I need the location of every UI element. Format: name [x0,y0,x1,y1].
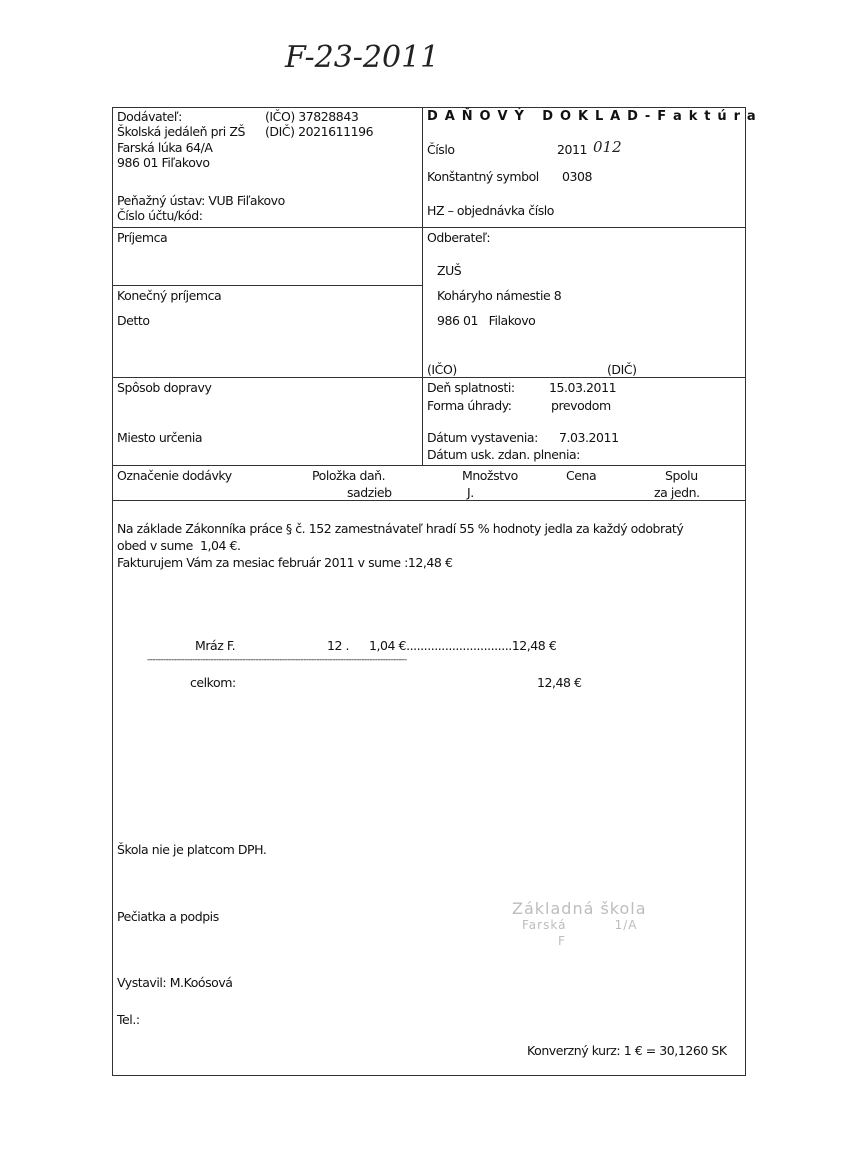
supplier-label: Dodávateľ: [117,109,182,124]
stamp-line2: Farská 1/A [522,918,637,932]
col-total-header-line1: Spolu [665,468,698,483]
customer-label: Odberateľ: [427,230,490,245]
item-name: Mráz F. [195,638,235,653]
col-price-header: Cena [566,468,596,483]
col-quantity-header-line2: J. [467,485,474,500]
total-label: celkom: [190,675,236,690]
order-label: HZ – objednávka číslo [427,203,554,218]
divider-final-recipient [112,285,422,286]
supplier-street: Farská lúka 64/A [117,140,213,155]
customer-dic-label: (DIČ) [607,362,637,377]
supplier-dic-label: (DIČ) [265,124,295,139]
supplier-dic: (DIČ) 2021611196 [265,124,373,139]
total-value: 12,48 € [537,675,582,690]
customer-ico-label: (IČO) [427,362,457,377]
document-number-handwritten: 012 [593,138,622,156]
const-symbol-label: Konštantný symbol [427,169,539,184]
stamp-line1: Základná škola [512,899,647,918]
stamp-line3: F [558,934,566,948]
item-total: 12,48 € [512,638,557,653]
frame-top [112,107,746,108]
destination-label: Miesto určenia [117,430,202,445]
frame-left [112,107,113,1075]
document-number-year: 2011 [557,142,587,157]
body-paragraph-line1: Na základe Zákonníka práce § č. 152 zame… [117,521,683,536]
handwritten-reference: F-23-2011 [285,40,439,75]
payment-method-value: prevodom [551,398,611,413]
divider-recipient [112,227,745,228]
col-delivery-header: Označenie dodávky [117,468,232,483]
divider-table-body [112,500,745,501]
telephone-label: Tel.: [117,1012,140,1027]
issue-date-value: 7.03.2011 [559,430,619,445]
supplier-ico-value: 37828843 [298,109,358,124]
transport-label: Spôsob dopravy [117,380,211,395]
frame-right [745,107,746,1075]
frame-bottom [112,1075,746,1076]
supplier-dic-value: 2021611196 [298,124,373,139]
item-quantity: 12 . [327,638,349,653]
supplier-bank: Peňažný ústav: VUB Fiľakovo [117,193,285,208]
supplier-ico-label: (IČO) [265,109,295,124]
const-symbol-value: 0308 [562,169,592,184]
stamp-signature-label: Pečiatka a podpis [117,909,219,924]
customer-city: 986 01 Filakovo [437,313,535,328]
supplier-account-label: Číslo účtu/kód: [117,208,202,223]
body-paragraph-line2: obed v sume 1,04 €. [117,538,241,553]
col-tax-rate-header-line2: sadzieb [347,485,392,500]
item-leader: .............................. [406,638,512,653]
customer-street: Koháryho námestie 8 [437,288,561,303]
issue-date-label: Dátum vystavenia: [427,430,538,445]
col-tax-rate-header-line1: Položka daň. [312,468,385,483]
due-date-value: 15.03.2011 [549,380,616,395]
item-line: 1,04 €..............................12,4… [369,638,556,653]
document-title: D A Ň O V Ý D O K L A D - F a k t ú r a [427,109,757,124]
conversion-rate: Konverzný kurz: 1 € = 30,1260 SK [527,1043,727,1058]
total-separator: ----------------------------------------… [147,655,406,665]
supplier-ico: (IČO) 37828843 [265,109,358,124]
issued-by: Vystavil: M.Koósová [117,975,233,990]
supplier-city: 986 01 Fiľakovo [117,155,210,170]
document-number-label: Číslo [427,142,455,157]
final-recipient-label: Konečný príjemca [117,288,221,303]
col-quantity-header-line1: Množstvo [462,468,518,483]
final-recipient-value: Detto [117,313,150,328]
taxable-date-label: Dátum usk. zdan. plnenia: [427,447,580,462]
vat-note: Škola nie je platcom DPH. [117,842,266,857]
supplier-bank-value: VUB Fiľakovo [208,193,284,208]
col-total-header-line2: za jedn. [654,485,700,500]
divider-table-header [112,465,745,466]
body-paragraph-line3: Fakturujem Vám za mesiac február 2011 v … [117,555,452,570]
item-price: 1,04 € [369,638,406,653]
frame-center-divider [422,107,423,465]
supplier-name: Školská jedáleň pri ZŠ [117,124,245,139]
payment-method-label: Forma úhrady: [427,398,512,413]
divider-transport [112,377,745,378]
due-date-label: Deň splatnosti: [427,380,515,395]
supplier-bank-label: Peňažný ústav: [117,193,205,208]
recipient-label: Príjemca [117,230,167,245]
customer-name: ZUŠ [437,263,461,278]
